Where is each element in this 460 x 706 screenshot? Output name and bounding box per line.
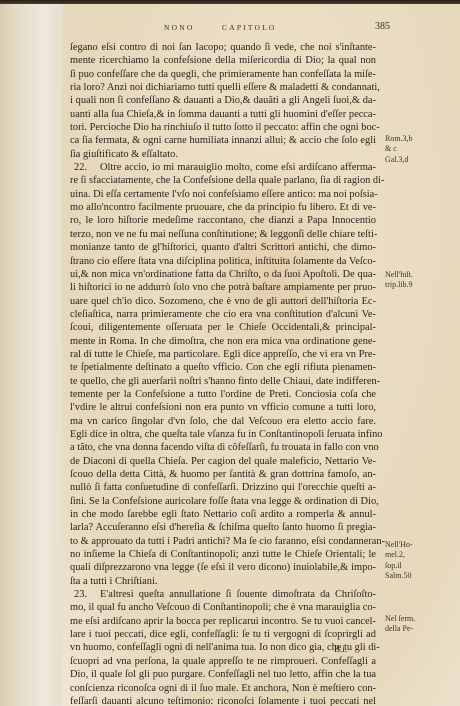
text-line: te quello, che gli auerſarii noſtri s'ha…	[70, 375, 376, 388]
margin-note-line: Nell'hiſt.	[385, 270, 413, 280]
running-title-part1: NONO	[164, 23, 194, 32]
text-line: ria loro? Anzi noi dichiariamo tutti que…	[70, 81, 376, 94]
text-line: de Diaconi di quella Chieſa. Per cagion …	[70, 455, 376, 468]
text-line: a tãto, che vna donna facendo viſta di c…	[70, 441, 376, 454]
text-line: nullò ſi fatta conſuetudine di confeſſar…	[70, 481, 376, 494]
text-line: i quali non ſi confeſſano & dauanti a Di…	[70, 94, 376, 107]
text-line: cleſiaſtica, narra primieramente che cio…	[70, 308, 376, 321]
margin-note-line: Salm.50	[385, 571, 413, 581]
text-line: Oltre accio, io mi marauiglio molto, com…	[100, 162, 376, 173]
text-line: mente in Roma. In che dimoſtra, che non …	[70, 335, 376, 348]
text-line: me eſsi ardiſcano aprir la bocca per rep…	[70, 615, 376, 628]
text-line: mente ricerchiamo la confeſsione della m…	[70, 54, 376, 67]
text-line: uina. Di eſſa certamente l'vſo noi confe…	[70, 188, 376, 201]
text-line: quali diſprezzarono vna legge (ſe eſsi i…	[70, 561, 376, 574]
text-line: feſſarſi dauanti alcuno teſtimonio: rico…	[70, 695, 376, 706]
text-line: temente per la Confeſsione a tutto l'ord…	[70, 388, 376, 401]
running-title-part2: CAPITOLO	[222, 23, 277, 32]
text-line: ui,& non mica vn'ordinatione fatta da Ch…	[70, 268, 376, 281]
text-line: mo, il qual fu ancho Veſcouo di Conſtant…	[70, 601, 376, 614]
text-line: to & approuato da tutti i Padri antichi?…	[70, 535, 376, 548]
text-line: ſcoui, diligentemente oſſeruata per le C…	[70, 321, 376, 334]
margin-note-line: & c	[385, 144, 413, 154]
book-page: NONO CAPITOLO 385 ſegano eſsi contro di …	[62, 4, 460, 706]
flyleaf-strip	[16, 4, 63, 706]
text-line: Dio, il quale ſol gli puo purgare. Confe…	[70, 668, 376, 681]
text-line: ſcouo della detta Città, & huomo per ſan…	[70, 468, 376, 481]
text-line: ma vn carico ſingolar d'vn ſolo, che dal…	[70, 415, 376, 428]
text-line: ſini. Se la Confeſsione auricolare foſſe…	[70, 495, 376, 508]
text-line: Egli dice in oltra, che queſta tale vſan…	[70, 428, 376, 441]
margin-note-line: Gal.3,d	[385, 155, 413, 165]
text-line: te ſpetialmente deſtinato a queſto vffic…	[70, 361, 376, 374]
margin-note-line: Rom.3,b	[385, 134, 413, 144]
text-line: ro, le loro hiſtorie medeſime raccontano…	[70, 214, 376, 227]
margin-note-line: trip.lib.9	[385, 280, 413, 290]
paragraph-number: 23.	[70, 588, 100, 601]
text-line: l'vdire le altrui confeſsioni non era pu…	[70, 401, 376, 414]
margin-note-line: mel.2,	[385, 550, 413, 560]
margin-note-romans: Rom.3,b & c Gal.3,d	[385, 134, 413, 165]
text-line: ral di tutte le Chieſe, ma particolare. …	[70, 348, 376, 361]
margin-note-line: Nell'Ho-	[385, 540, 413, 550]
text-line: ſta a tutti i Chriſtiani.	[70, 575, 376, 588]
text-line: ſi puo confeſſare che da quegli, che pri…	[70, 68, 376, 81]
margin-note-sermon: Nel ſerm. della Pe-	[385, 614, 415, 635]
text-line: uare quel ch'io dico. Sozomeno, che è vn…	[70, 295, 376, 308]
margin-note-line: Nel ſerm.	[385, 614, 415, 624]
paragraph-23-first-line: 23.E'altresì queſta annullatione ſi ſoue…	[70, 588, 376, 601]
text-line: ca ſia fermata, & ogni carne humiliata i…	[70, 134, 376, 147]
margin-note-line: ſop.il	[385, 561, 413, 571]
text-line: ſegano eſsi contro di noi ſan Iacopo; qu…	[70, 41, 376, 54]
text-line: no inſieme la Chieſa di Conſtantinopoli;…	[70, 548, 376, 561]
text-line: uanti alla ſua Chieſa,& in ſomma dauanti…	[70, 108, 376, 121]
margin-note-line: della Pe-	[385, 624, 415, 634]
text-line: lare i tuoi peccati, dice egli, confeſſa…	[70, 628, 376, 641]
text-line: E'altresì queſta annullatione ſi ſouente…	[100, 589, 376, 600]
body-text: ſegano eſsi contro di noi ſan Iacopo; qu…	[70, 41, 376, 706]
paragraph-number: 22.	[70, 161, 100, 174]
page-header: NONO CAPITOLO 385	[62, 21, 460, 35]
text-line: terzo, non ve ne fu mai neſſuna conſtitu…	[70, 228, 376, 241]
text-line: li hiſtorici io ne addurrò ſolo vno che …	[70, 281, 376, 294]
text-line: re ſi sfacciatamente, che la Confeſsione…	[70, 174, 376, 187]
margin-note-homily: Nell'Ho- mel.2, ſop.il Salm.50	[385, 540, 413, 582]
text-line: conſcienza riconoſca ogni di il ſuo male…	[70, 682, 376, 695]
signature-mark: B.i.	[334, 644, 347, 654]
text-line: ſcuopri ad vna perſona, la quale appreſſ…	[70, 655, 376, 668]
text-line: tori. Percioche Dio ha rinchiuſo il tutt…	[70, 121, 376, 134]
text-line: larla? Accuſeranno eſsi d'hereſia & ſchi…	[70, 521, 376, 534]
page-number: 385	[375, 21, 390, 32]
margin-note-historia: Nell'hiſt. trip.lib.9	[385, 270, 413, 291]
text-line: mo allo'ncontro facilmente pruouare, che…	[70, 201, 376, 214]
text-line: in che modo ſarebbe egli ſtato Nettario …	[70, 508, 376, 521]
paragraph-22-first-line: 22.Oltre accio, io mi marauiglio molto, …	[70, 161, 376, 174]
text-line: ſia giuſtificato & eſſaltato.	[70, 148, 376, 161]
text-line: ſtrano cio eſſere ſtata vna diſciplina p…	[70, 255, 376, 268]
text-line: vn huomo, confeſſagli ogni di nell'anima…	[70, 641, 376, 654]
text-line: monianze tanto de gl'hiſtorici, quanto d…	[70, 241, 376, 254]
